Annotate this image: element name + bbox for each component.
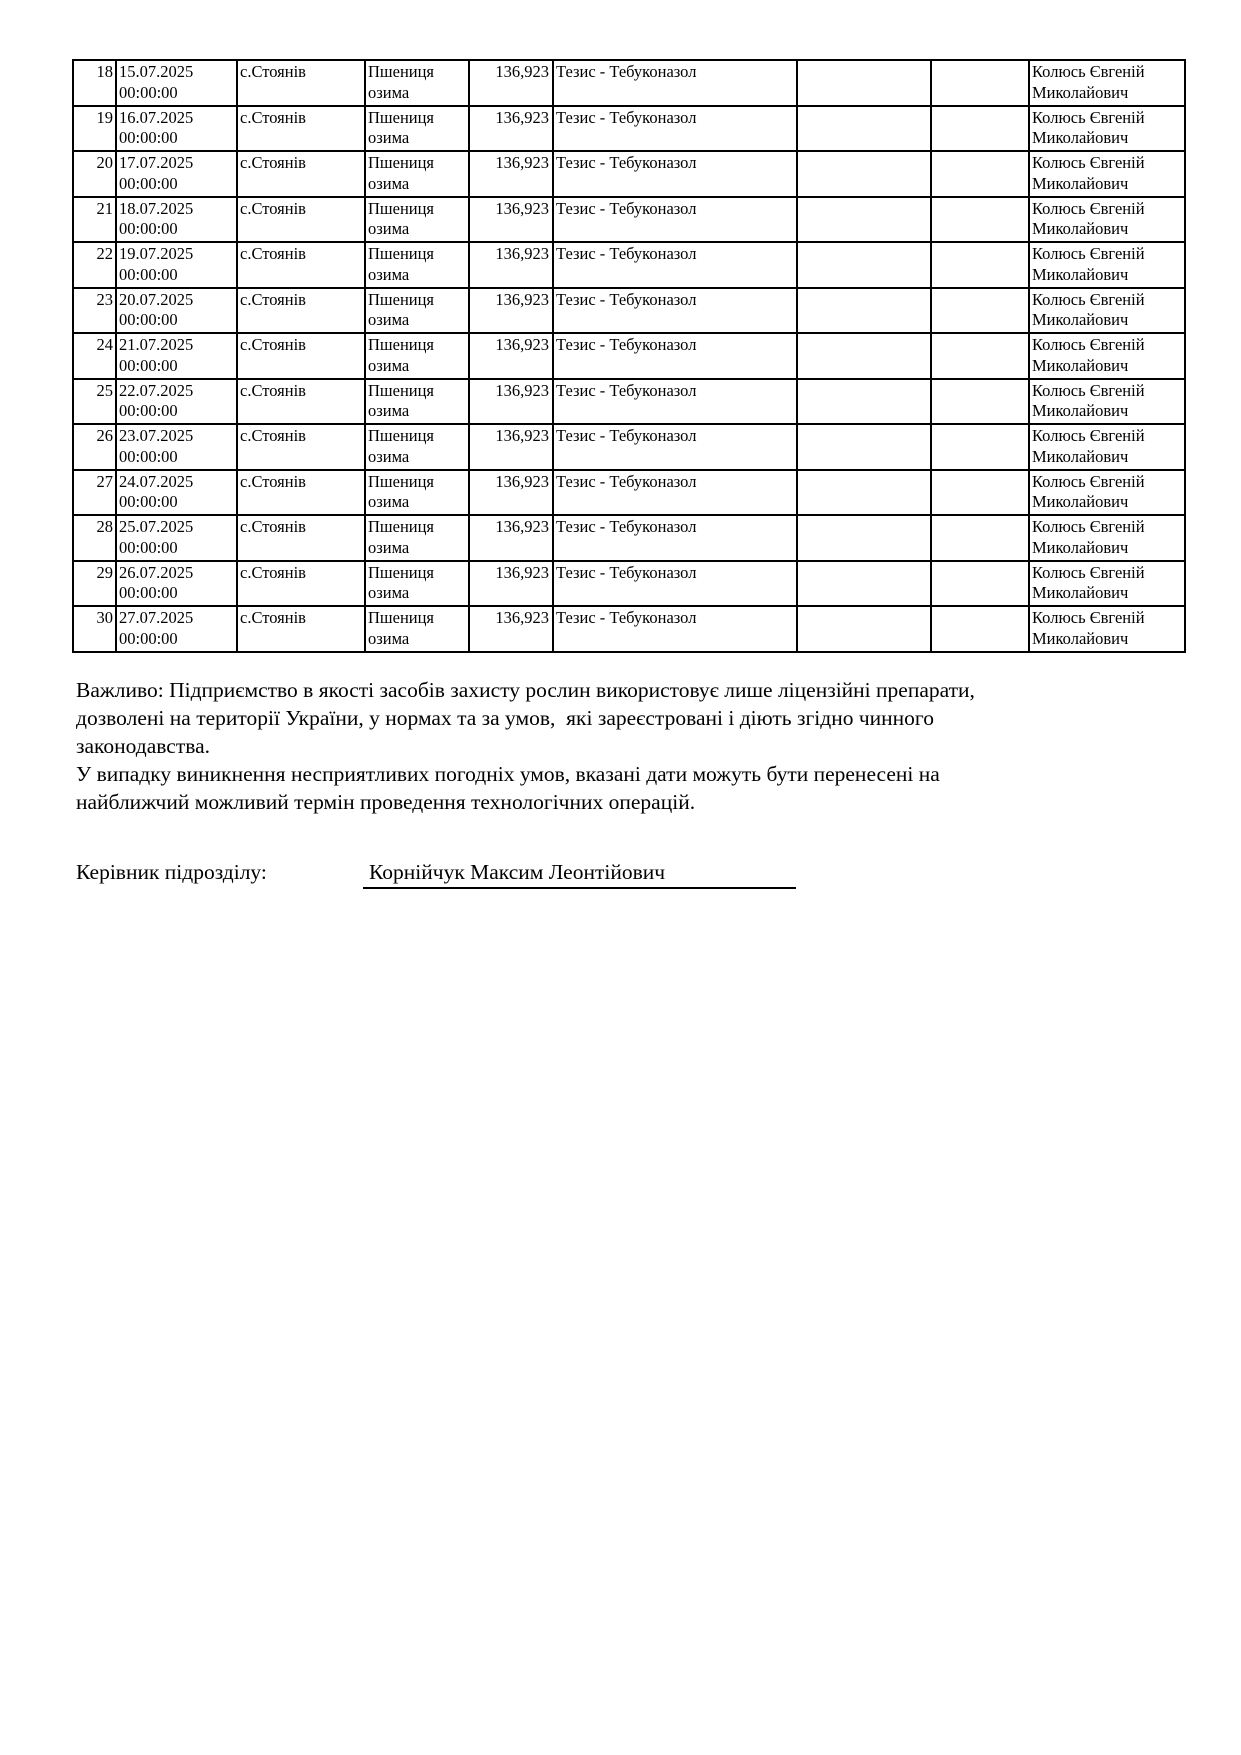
date-line: 21.07.2025 [119,335,234,356]
row-number: 27 [97,472,114,491]
village-cell: с.Стоянів [237,561,365,607]
crop-type: озима [368,174,466,195]
village-name: с.Стоянів [240,290,306,309]
area-value: 136,923 [495,153,549,172]
responsible-name: Колюсь Євгеній [1032,62,1182,83]
empty-cell [931,333,1029,379]
village-name: с.Стоянів [240,199,306,218]
table-row: 2623.07.202500:00:00с.СтоянівПшеницяозим… [73,424,1185,470]
important-notes: Важливо: Підприємство в якості засобів з… [76,676,1166,816]
product-name: Тезис - Тебуконазол [556,472,696,491]
product-cell: Тезис - Тебуконазол [553,379,797,425]
table-row: 2320.07.202500:00:00с.СтоянівПшеницяозим… [73,288,1185,334]
crop-cell: Пшеницяозима [365,333,469,379]
area-value: 136,923 [495,108,549,127]
responsible-cell: Колюсь ЄвгенійМиколайович [1029,288,1185,334]
row-number-cell: 23 [73,288,116,334]
crop-type: озима [368,629,466,650]
empty-cell [797,515,931,561]
responsible-cell: Колюсь ЄвгенійМиколайович [1029,379,1185,425]
responsible-name: Колюсь Євгеній [1032,608,1182,629]
responsible-name: Колюсь Євгеній [1032,472,1182,493]
responsible-cell: Колюсь ЄвгенійМиколайович [1029,106,1185,152]
responsible-name: Колюсь Євгеній [1032,381,1182,402]
time-line: 00:00:00 [119,447,234,468]
row-number: 28 [97,517,114,536]
product-name: Тезис - Тебуконазол [556,517,696,536]
row-number: 21 [97,199,114,218]
signature-name: Корнійчук Максим Леонтійович [363,858,796,889]
date-line: 17.07.2025 [119,153,234,174]
village-name: с.Стоянів [240,381,306,400]
time-line: 00:00:00 [119,356,234,377]
date-cell: 19.07.202500:00:00 [116,242,237,288]
responsible-patronymic: Миколайович [1032,265,1182,286]
crop-name: Пшениця [368,290,466,311]
note-line: законодавства. [76,732,1166,760]
crop-type: озима [368,219,466,240]
table-row: 2118.07.202500:00:00с.СтоянівПшеницяозим… [73,197,1185,243]
row-number: 20 [97,153,114,172]
crop-type: озима [368,538,466,559]
responsible-patronymic: Миколайович [1032,128,1182,149]
date-cell: 22.07.202500:00:00 [116,379,237,425]
responsible-name: Колюсь Євгеній [1032,108,1182,129]
empty-cell [931,424,1029,470]
area-cell: 136,923 [469,515,553,561]
table-row: 1815.07.202500:00:00с.СтоянівПшеницяозим… [73,60,1185,106]
row-number: 22 [97,244,114,263]
responsible-patronymic: Миколайович [1032,447,1182,468]
row-number-cell: 25 [73,379,116,425]
row-number: 24 [97,335,114,354]
empty-cell [931,606,1029,652]
area-value: 136,923 [495,62,549,81]
area-value: 136,923 [495,608,549,627]
table-row: 2926.07.202500:00:00с.СтоянівПшеницяозим… [73,561,1185,607]
area-cell: 136,923 [469,470,553,516]
crop-cell: Пшеницяозима [365,424,469,470]
empty-cell [797,561,931,607]
crop-cell: Пшеницяозима [365,151,469,197]
table-row: 2724.07.202500:00:00с.СтоянівПшеницяозим… [73,470,1185,516]
empty-cell [797,151,931,197]
responsible-cell: Колюсь ЄвгенійМиколайович [1029,333,1185,379]
responsible-cell: Колюсь ЄвгенійМиколайович [1029,606,1185,652]
responsible-cell: Колюсь ЄвгенійМиколайович [1029,60,1185,106]
product-name: Тезис - Тебуконазол [556,563,696,582]
date-cell: 20.07.202500:00:00 [116,288,237,334]
crop-name: Пшениця [368,62,466,83]
table-row: 1916.07.202500:00:00с.СтоянівПшеницяозим… [73,106,1185,152]
village-name: с.Стоянів [240,244,306,263]
village-name: с.Стоянів [240,426,306,445]
area-value: 136,923 [495,381,549,400]
row-number-cell: 18 [73,60,116,106]
crop-name: Пшениця [368,335,466,356]
row-number-cell: 29 [73,561,116,607]
crop-cell: Пшеницяозима [365,606,469,652]
village-name: с.Стоянів [240,153,306,172]
table-row: 2219.07.202500:00:00с.СтоянівПшеницяозим… [73,242,1185,288]
area-value: 136,923 [495,199,549,218]
signature-label: Керівник підрозділу: [76,858,267,886]
row-number: 26 [97,426,114,445]
crop-name: Пшениця [368,244,466,265]
date-cell: 24.07.202500:00:00 [116,470,237,516]
product-name: Тезис - Тебуконазол [556,199,696,218]
spraying-schedule-table: 1815.07.202500:00:00с.СтоянівПшеницяозим… [72,59,1186,653]
village-cell: с.Стоянів [237,151,365,197]
responsible-patronymic: Миколайович [1032,174,1182,195]
date-line: 27.07.2025 [119,608,234,629]
crop-cell: Пшеницяозима [365,60,469,106]
time-line: 00:00:00 [119,401,234,422]
village-cell: с.Стоянів [237,197,365,243]
product-cell: Тезис - Тебуконазол [553,515,797,561]
responsible-patronymic: Миколайович [1032,583,1182,604]
empty-cell [797,106,931,152]
village-cell: с.Стоянів [237,60,365,106]
date-cell: 23.07.202500:00:00 [116,424,237,470]
note-line: найближчий можливий термін проведення те… [76,788,1166,816]
row-number-cell: 24 [73,333,116,379]
time-line: 00:00:00 [119,492,234,513]
product-cell: Тезис - Тебуконазол [553,242,797,288]
row-number: 30 [97,608,114,627]
crop-name: Пшениця [368,608,466,629]
crop-name: Пшениця [368,153,466,174]
area-cell: 136,923 [469,197,553,243]
date-line: 19.07.2025 [119,244,234,265]
product-cell: Тезис - Тебуконазол [553,561,797,607]
row-number-cell: 27 [73,470,116,516]
responsible-name: Колюсь Євгеній [1032,563,1182,584]
crop-cell: Пшеницяозима [365,197,469,243]
product-name: Тезис - Тебуконазол [556,381,696,400]
product-cell: Тезис - Тебуконазол [553,424,797,470]
product-name: Тезис - Тебуконазол [556,426,696,445]
row-number: 29 [97,563,114,582]
table-row: 2421.07.202500:00:00с.СтоянівПшеницяозим… [73,333,1185,379]
village-cell: с.Стоянів [237,333,365,379]
product-name: Тезис - Тебуконазол [556,153,696,172]
date-cell: 16.07.202500:00:00 [116,106,237,152]
time-line: 00:00:00 [119,174,234,195]
product-cell: Тезис - Тебуконазол [553,333,797,379]
row-number-cell: 21 [73,197,116,243]
village-cell: с.Стоянів [237,470,365,516]
date-line: 26.07.2025 [119,563,234,584]
table-row: 2825.07.202500:00:00с.СтоянівПшеницяозим… [73,515,1185,561]
responsible-name: Колюсь Євгеній [1032,426,1182,447]
row-number-cell: 20 [73,151,116,197]
empty-cell [931,106,1029,152]
village-name: с.Стоянів [240,608,306,627]
crop-type: озима [368,447,466,468]
village-name: с.Стоянів [240,108,306,127]
responsible-patronymic: Миколайович [1032,356,1182,377]
empty-cell [931,379,1029,425]
village-name: с.Стоянів [240,62,306,81]
area-cell: 136,923 [469,60,553,106]
product-cell: Тезис - Тебуконазол [553,151,797,197]
responsible-patronymic: Миколайович [1032,492,1182,513]
date-line: 20.07.2025 [119,290,234,311]
responsible-name: Колюсь Євгеній [1032,517,1182,538]
crop-name: Пшениця [368,381,466,402]
date-cell: 21.07.202500:00:00 [116,333,237,379]
note-line: У випадку виникнення несприятливих погод… [76,760,1166,788]
village-name: с.Стоянів [240,335,306,354]
responsible-cell: Колюсь ЄвгенійМиколайович [1029,424,1185,470]
empty-cell [797,424,931,470]
date-line: 25.07.2025 [119,517,234,538]
row-number-cell: 22 [73,242,116,288]
crop-cell: Пшеницяозима [365,379,469,425]
row-number: 23 [97,290,114,309]
date-line: 18.07.2025 [119,199,234,220]
area-value: 136,923 [495,563,549,582]
area-cell: 136,923 [469,606,553,652]
table-row: 3027.07.202500:00:00с.СтоянівПшеницяозим… [73,606,1185,652]
date-line: 15.07.2025 [119,62,234,83]
crop-cell: Пшеницяозима [365,106,469,152]
product-cell: Тезис - Тебуконазол [553,288,797,334]
village-cell: с.Стоянів [237,606,365,652]
area-value: 136,923 [495,335,549,354]
crop-type: озима [368,83,466,104]
responsible-name: Колюсь Євгеній [1032,199,1182,220]
responsible-patronymic: Миколайович [1032,401,1182,422]
date-line: 16.07.2025 [119,108,234,129]
product-name: Тезис - Тебуконазол [556,608,696,627]
area-cell: 136,923 [469,379,553,425]
crop-type: озима [368,401,466,422]
village-cell: с.Стоянів [237,424,365,470]
date-line: 24.07.2025 [119,472,234,493]
responsible-cell: Колюсь ЄвгенійМиколайович [1029,561,1185,607]
note-line: Важливо: Підприємство в якості засобів з… [76,676,1166,704]
empty-cell [797,379,931,425]
responsible-name: Колюсь Євгеній [1032,244,1182,265]
row-number-cell: 26 [73,424,116,470]
responsible-cell: Колюсь ЄвгенійМиколайович [1029,151,1185,197]
area-cell: 136,923 [469,333,553,379]
row-number: 25 [97,381,114,400]
empty-cell [931,60,1029,106]
date-cell: 15.07.202500:00:00 [116,60,237,106]
empty-cell [931,470,1029,516]
product-cell: Тезис - Тебуконазол [553,197,797,243]
date-cell: 18.07.202500:00:00 [116,197,237,243]
responsible-cell: Колюсь ЄвгенійМиколайович [1029,197,1185,243]
product-name: Тезис - Тебуконазол [556,62,696,81]
empty-cell [931,242,1029,288]
empty-cell [797,242,931,288]
responsible-patronymic: Миколайович [1032,629,1182,650]
area-cell: 136,923 [469,151,553,197]
village-cell: с.Стоянів [237,515,365,561]
empty-cell [797,333,931,379]
empty-cell [797,470,931,516]
crop-type: озима [368,265,466,286]
table-row: 2522.07.202500:00:00с.СтоянівПшеницяозим… [73,379,1185,425]
time-line: 00:00:00 [119,219,234,240]
responsible-name: Колюсь Євгеній [1032,290,1182,311]
product-cell: Тезис - Тебуконазол [553,60,797,106]
responsible-patronymic: Миколайович [1032,538,1182,559]
time-line: 00:00:00 [119,629,234,650]
row-number: 18 [97,62,114,81]
empty-cell [931,151,1029,197]
area-value: 136,923 [495,517,549,536]
time-line: 00:00:00 [119,583,234,604]
crop-name: Пшениця [368,517,466,538]
area-cell: 136,923 [469,561,553,607]
crop-type: озима [368,356,466,377]
date-line: 22.07.2025 [119,381,234,402]
row-number: 19 [97,108,114,127]
document-page: 1815.07.202500:00:00с.СтоянівПшеницяозим… [0,0,1241,1755]
table-body: 1815.07.202500:00:00с.СтоянівПшеницяозим… [73,60,1185,652]
area-cell: 136,923 [469,288,553,334]
responsible-cell: Колюсь ЄвгенійМиколайович [1029,515,1185,561]
crop-name: Пшениця [368,426,466,447]
crop-name: Пшениця [368,472,466,493]
empty-cell [797,288,931,334]
crop-type: озима [368,583,466,604]
date-cell: 17.07.202500:00:00 [116,151,237,197]
village-cell: с.Стоянів [237,379,365,425]
empty-cell [797,60,931,106]
village-cell: с.Стоянів [237,242,365,288]
crop-cell: Пшеницяозима [365,515,469,561]
row-number-cell: 28 [73,515,116,561]
crop-cell: Пшеницяозима [365,470,469,516]
village-name: с.Стоянів [240,472,306,491]
time-line: 00:00:00 [119,538,234,559]
product-name: Тезис - Тебуконазол [556,335,696,354]
area-cell: 136,923 [469,242,553,288]
village-name: с.Стоянів [240,563,306,582]
responsible-name: Колюсь Євгеній [1032,153,1182,174]
responsible-patronymic: Миколайович [1032,219,1182,240]
product-cell: Тезис - Тебуконазол [553,470,797,516]
time-line: 00:00:00 [119,128,234,149]
area-value: 136,923 [495,290,549,309]
area-value: 136,923 [495,244,549,263]
product-cell: Тезис - Тебуконазол [553,106,797,152]
crop-type: озима [368,492,466,513]
crop-cell: Пшеницяозима [365,242,469,288]
responsible-cell: Колюсь ЄвгенійМиколайович [1029,242,1185,288]
empty-cell [797,606,931,652]
date-line: 23.07.2025 [119,426,234,447]
table-row: 2017.07.202500:00:00с.СтоянівПшеницяозим… [73,151,1185,197]
crop-name: Пшениця [368,108,466,129]
area-value: 136,923 [495,426,549,445]
responsible-patronymic: Миколайович [1032,83,1182,104]
crop-name: Пшениця [368,563,466,584]
crop-cell: Пшеницяозима [365,561,469,607]
date-cell: 26.07.202500:00:00 [116,561,237,607]
crop-type: озима [368,310,466,331]
product-cell: Тезис - Тебуконазол [553,606,797,652]
area-value: 136,923 [495,472,549,491]
empty-cell [797,197,931,243]
empty-cell [931,197,1029,243]
responsible-name: Колюсь Євгеній [1032,335,1182,356]
signature-block: Керівник підрозділу: Корнійчук Максим Ле… [76,858,836,898]
note-line: дозволені на території України, у нормах… [76,704,1166,732]
crop-name: Пшениця [368,199,466,220]
date-cell: 27.07.202500:00:00 [116,606,237,652]
empty-cell [931,561,1029,607]
product-name: Тезис - Тебуконазол [556,290,696,309]
row-number-cell: 19 [73,106,116,152]
responsible-patronymic: Миколайович [1032,310,1182,331]
empty-cell [931,288,1029,334]
time-line: 00:00:00 [119,265,234,286]
product-name: Тезис - Тебуконазол [556,108,696,127]
village-cell: с.Стоянів [237,106,365,152]
row-number-cell: 30 [73,606,116,652]
product-name: Тезис - Тебуконазол [556,244,696,263]
date-cell: 25.07.202500:00:00 [116,515,237,561]
village-cell: с.Стоянів [237,288,365,334]
area-cell: 136,923 [469,424,553,470]
village-name: с.Стоянів [240,517,306,536]
time-line: 00:00:00 [119,310,234,331]
area-cell: 136,923 [469,106,553,152]
responsible-cell: Колюсь ЄвгенійМиколайович [1029,470,1185,516]
crop-type: озима [368,128,466,149]
crop-cell: Пшеницяозима [365,288,469,334]
empty-cell [931,515,1029,561]
time-line: 00:00:00 [119,83,234,104]
